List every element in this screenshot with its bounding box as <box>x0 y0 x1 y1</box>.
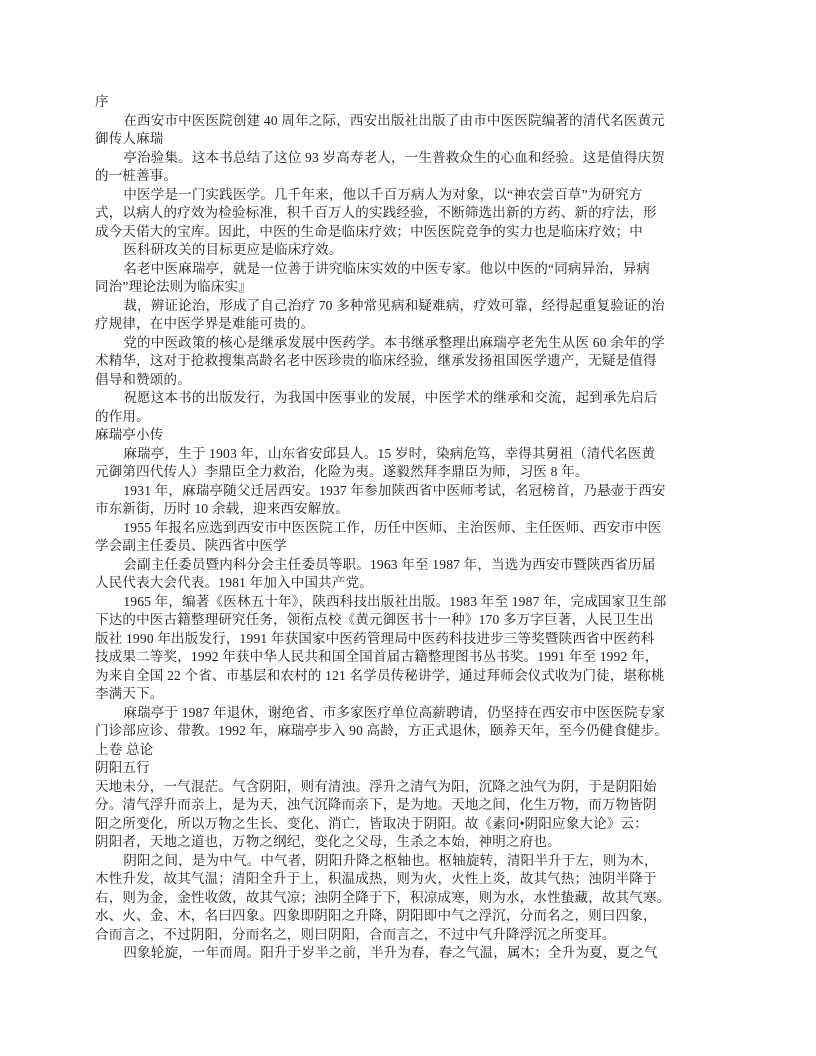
text-line: 分。清气浮升而亲上，是为天，浊气沉降而亲下，是为地。天地之间，化生万物，而万物皆… <box>95 796 727 815</box>
text-line: 麻瑞亭于 1987 年退休，谢绝省、市多家医疗单位高薪聘请，仍坚持在西安市中医医… <box>95 704 727 723</box>
text-line: 人民代表大会代表。1981 年加入中国共产党。 <box>95 574 727 593</box>
text-line: 阴阳五行 <box>95 759 727 778</box>
text-line: 四象轮旋，一年而周。阳升于岁半之前，半升为春，春之气温，属木；全升为夏，夏之气 <box>95 944 727 963</box>
text-line: 阴阳之间，是为中气。中气者，阴阳升降之枢轴也。枢轴旋转，清阳半升于左，则为木， <box>95 852 727 871</box>
text-line: 麻瑞亭小传 <box>95 426 727 445</box>
text-line: 式，以病人的疗效为检验标准，积千百万人的实践经验，不断筛选出新的方药、新的疗法，… <box>95 204 727 223</box>
text-line: 中医学是一门实践医学。几千年来，他以千百万病人为对象，以“神农尝百草”为研究方 <box>95 186 727 205</box>
text-line: 1965 年，编著《医林五十年》，陕西科技出版社出版。1983 年至 1987 … <box>95 593 727 612</box>
text-line: 医科研攻关的目标更应是临床疗效。 <box>95 241 727 260</box>
text-line: 疗规律，在中医学界是难能可贵的。 <box>95 315 727 334</box>
text-line: 上卷 总论 <box>95 741 727 760</box>
text-line: 技成果二等奖，1992 年获中华人民共和国全国首届古籍整理图书丛书奖。1991 … <box>95 648 727 667</box>
text-line: 在西安市中医医院创建 40 周年之际，西安出版社出版了由市中医医院编著的清代名医… <box>95 112 727 131</box>
text-line: 麻瑞亭，生于 1903 年，山东省安邱县人。15 岁时，染病危笃，幸得其舅祖（清… <box>95 445 727 464</box>
text-line: 学会副主任委员、陕西省中医学 <box>95 537 727 556</box>
text-line: 木性升发，故其气温；清阳全升于上，积温成热，则为火，火性上炎，故其气热；浊阴半降… <box>95 870 727 889</box>
text-line: 合而言之，不过阴阳，分而名之，则曰阴阳，合而言之，不过中气升降浮沉之所变耳。 <box>95 926 727 945</box>
text-line: 术精华，这对于抢救搜集高龄名老中医珍贵的临床经验，继承发扬祖国医学遗产，无疑是值… <box>95 352 727 371</box>
text-line: 门诊部应诊、带教。1992 年，麻瑞亭步入 90 高龄，方正式退休，颐养天年，至… <box>95 722 727 741</box>
text-line: 阳之所变化，所以万物之生长、变化、消亡，皆取决于阴阳。故《素问•阴阳应象大论》云… <box>95 815 727 834</box>
text-line: 阴阳者，天地之道也，万物之纲纪，变化之父母，生杀之本始，神明之府也。 <box>95 833 727 852</box>
text-line: 成今天偌大的宝库。因此，中医的生命是临床疗效；中医医院竞争的实力也是临床疗效；中 <box>95 223 727 242</box>
text-line: 水、火、金、木，名曰四象。四象即阴阳之升降，阴阳即中气之浮沉，分而名之，则曰四象… <box>95 907 727 926</box>
text-line: 市东新街，历时 10 余载，迎来西安解放。 <box>95 500 727 519</box>
text-line: 天地未分，一气混茫。气含阴阳，则有清浊。浮升之清气为阳，沉降之浊气为阴，于是阴阳… <box>95 778 727 797</box>
text-line: 序 <box>95 93 727 112</box>
text-line: 李满天下。 <box>95 685 727 704</box>
text-line: 倡导和赞颂的。 <box>95 371 727 390</box>
text-line: 1955 年报名应选到西安市中医医院工作，历任中医师、主治医师、主任医师、西安市… <box>95 519 727 538</box>
text-line: 名老中医麻瑞亭，就是一位善于讲究临床实效的中医专家。他以中医的“同病异治，异病 <box>95 260 727 279</box>
text-line: 裁，辨证论治，形成了自己治疗 70 多种常见病和疑难病，疗效可靠，经得起重复验证… <box>95 297 727 316</box>
document-page: 序在西安市中医医院创建 40 周年之际，西安出版社出版了由市中医医院编著的清代名… <box>0 0 816 1056</box>
text-line: 亭治验集。这本书总结了这位 93 岁高寿老人，一生普救众生的心血和经验。这是值得… <box>95 149 727 168</box>
text-line: 的作用。 <box>95 408 727 427</box>
text-line: 的一桩善事。 <box>95 167 727 186</box>
document-text-block: 序在西安市中医医院创建 40 周年之际，西安出版社出版了由市中医医院编著的清代名… <box>95 93 727 963</box>
text-line: 会副主任委员暨内科分会主任委员等职。1963 年至 1987 年，当选为西安市暨… <box>95 556 727 575</box>
text-line: 党的中医政策的核心是继承发展中医药学。本书继承整理出麻瑞亭老先生从医 60 余年… <box>95 334 727 353</box>
text-line: 元御第四代传人）李鼎臣全力救治，化险为夷。遂毅然拜李鼎臣为师，习医 8 年。 <box>95 463 727 482</box>
text-line: 为来自全国 22 个省、市基层和农村的 121 名学员传秘讲学，通过拜师会仪式收… <box>95 667 727 686</box>
text-line: 下达的中医古籍整理研究任务，领衔点校《黄元御医书十一种》170 多万字巨著，人民… <box>95 611 727 630</box>
text-line: 右，则为金，金性收敛，故其气凉；浊阴全降于下，积凉成寒，则为水，水性蛰藏，故其气… <box>95 889 727 908</box>
text-line: 同治”理论法则为临床实』 <box>95 278 727 297</box>
text-line: 版社 1990 年出版发行，1991 年获国家中医药管理局中医药科技进步三等奖暨… <box>95 630 727 649</box>
text-line: 1931 年，麻瑞亭随父迁居西安。1937 年参加陕西省中医师考试，名冠榜首，乃… <box>95 482 727 501</box>
text-line: 祝愿这本书的出版发行，为我国中医事业的发展，中医学术的继承和交流，起到承先启后 <box>95 389 727 408</box>
text-line: 御传人麻瑞 <box>95 130 727 149</box>
